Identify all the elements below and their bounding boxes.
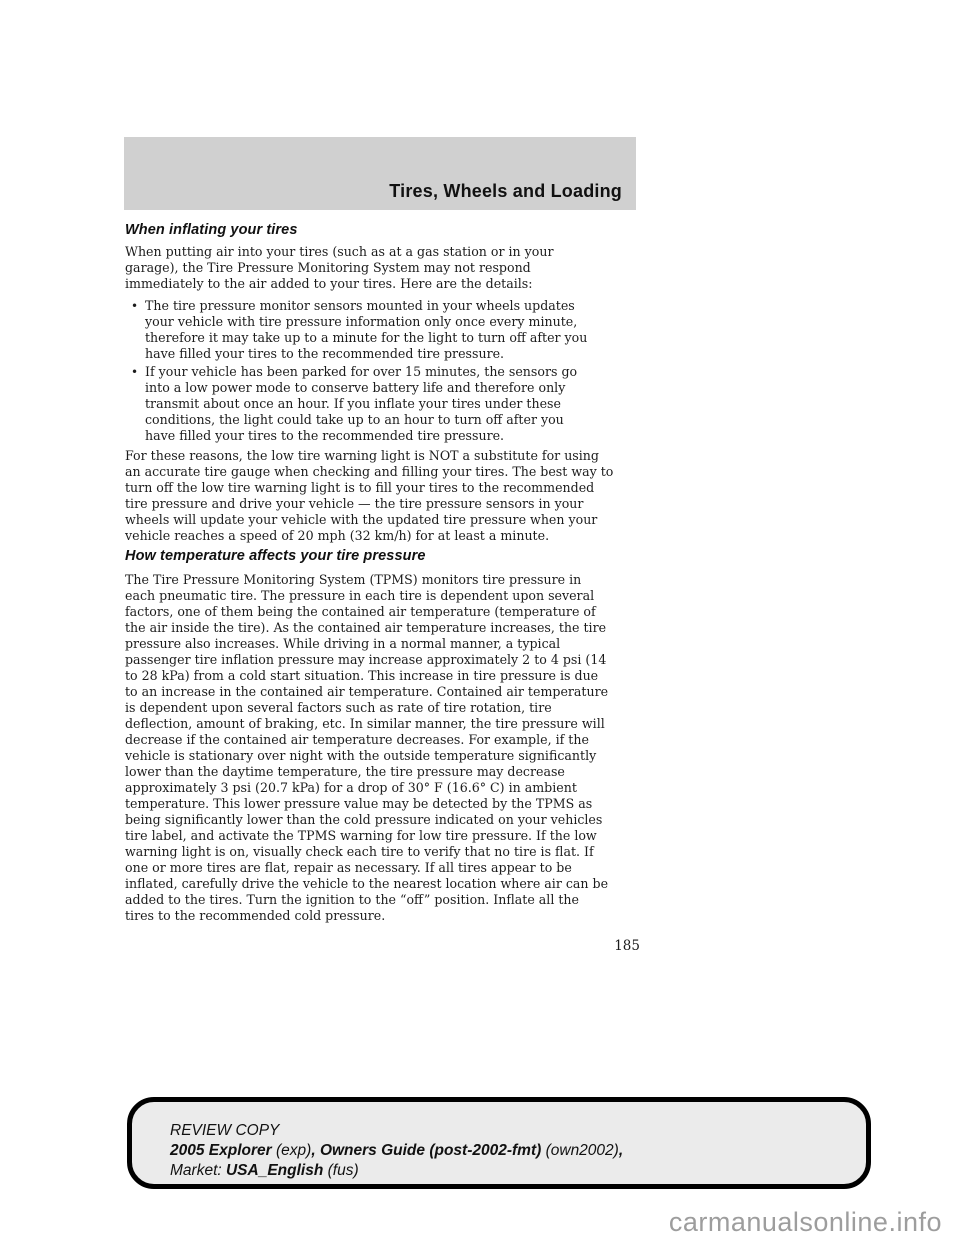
bullet-text-low-power-mode: If your vehicle has been parked for over… [145,364,577,444]
page-number: 185 [125,938,640,954]
list-item: • The tire pressure monitor sensors moun… [125,298,640,362]
market-code: (fus) [323,1162,358,1179]
bullet-text-sensor-update: The tire pressure monitor sensors mounte… [145,298,587,362]
market-label: Market: [170,1162,226,1179]
review-copy-label: REVIEW COPY [170,1121,846,1141]
section-heading-temperature: How temperature affects your tire pressu… [125,547,640,565]
bullet-list: • The tire pressure monitor sensors moun… [125,298,640,444]
guide-id-line: 2005 Explorer (exp), Owners Guide (post-… [170,1141,846,1161]
chapter-title: Tires, Wheels and Loading [389,181,622,201]
paragraph-warning-light: For these reasons, the low tire warning … [125,448,640,544]
market-value: USA_English [226,1162,323,1179]
bullet-icon: • [125,364,145,444]
review-copy-stamp-box: REVIEW COPY 2005 Explorer (exp), Owners … [127,1097,871,1189]
market-line: Market: USA_English (fus) [170,1161,846,1181]
section-heading-when-inflating: When inflating your tires [125,221,640,239]
guide-code: (own2002) [541,1142,619,1159]
watermark-text: carmanualsonline.info [669,1207,942,1238]
vehicle-name: 2005 Explorer [170,1142,272,1159]
paragraph-intro: When putting air into your tires (such a… [125,244,640,292]
chapter-header-bar: Tires, Wheels and Loading [124,137,636,210]
bullet-icon: • [125,298,145,362]
paragraph-tpms-temperature: The Tire Pressure Monitoring System (TPM… [125,572,640,924]
vehicle-code: (exp) [272,1142,312,1159]
guide-name: Owners Guide (post-2002-fmt) [320,1142,541,1159]
list-item: • If your vehicle has been parked for ov… [125,364,640,444]
page-body: When inflating your tires When putting a… [125,221,640,954]
